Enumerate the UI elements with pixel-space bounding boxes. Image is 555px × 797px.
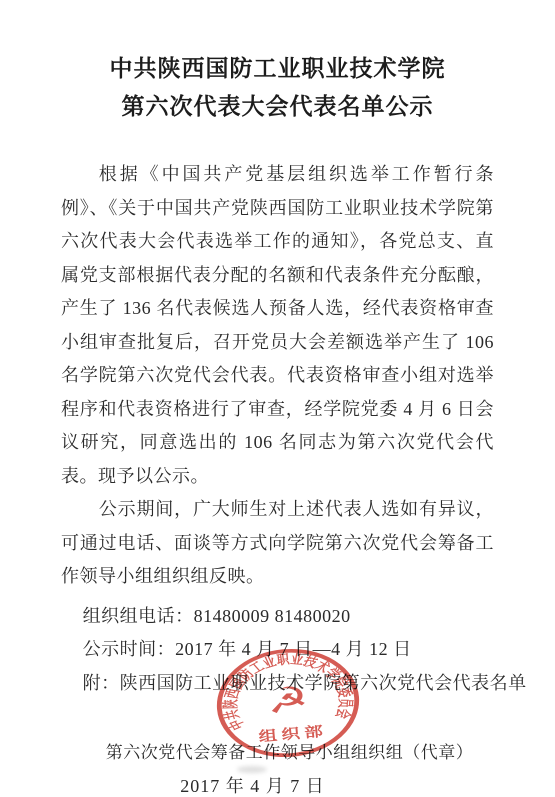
page-title: 中共陕西国防工业职业技术学院 第六次代表大会代表名单公示 (0, 0, 555, 126)
date-line: 2017 年 4 月 7 日 (0, 770, 530, 797)
signature-line: 第六次党代会筹备工作领导小组组织组（代章） (12, 736, 555, 770)
paragraph-election-basis: 根据《中国共产党基层组织选举工作暂行条例》、《关于中国共产党陕西国防工业职业技术… (61, 158, 494, 493)
title-line-2: 第六次代表大会代表名单公示 (0, 88, 555, 126)
publicity-period-line: 公示时间：2017 年 4 月 7 日—4 月 12 日 (61, 633, 494, 667)
contact-phone-line: 组织组电话：81480009 81480020 (61, 600, 494, 634)
title-line-1: 中共陕西国防工业职业技术学院 (0, 50, 555, 88)
document-body: 根据《中国共产党基层组织选举工作暂行条例》、《关于中国共产党陕西国防工业职业技术… (61, 158, 494, 700)
document-page: 中共陕西国防工业职业技术学院 第六次代表大会代表名单公示 根据《中国共产党基层组… (0, 0, 555, 797)
attachment-line: 附：陕西国防工业职业技术学院第六次党代会代表名单 (61, 667, 494, 701)
scan-smudge (237, 766, 267, 773)
paragraph-objection-notice: 公示期间，广大师生对上述代表人选如有异议，可通过电话、面谈等方式向学院第六次党代… (61, 493, 494, 594)
